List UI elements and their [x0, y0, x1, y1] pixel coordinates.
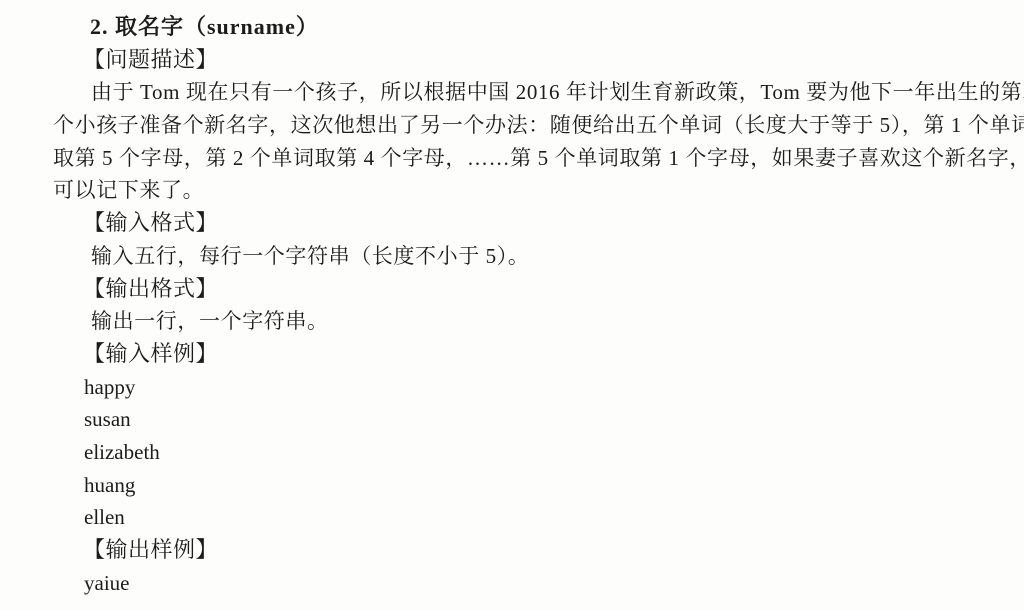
problem-title: 2. 取名字（surname） — [53, 11, 1024, 44]
input-format-line: 输入五行，每行一个字符串（长度不小于 5）。 — [53, 240, 1024, 273]
sample-input-line-5: ellen — [53, 501, 1024, 534]
document-page: 2. 取名字（surname） 【问题描述】 由于 Tom 现在只有一个孩子，所… — [0, 0, 1024, 610]
problem-paragraph-line-3: 取第 5 个字母，第 2 个单词取第 4 个字母，……第 5 个单词取第 1 个… — [53, 142, 1024, 175]
heading-input-format: 【输入格式】 — [53, 207, 1024, 240]
heading-sample-output: 【输出样例】 — [53, 534, 1024, 567]
problem-paragraph-line-4: 可以记下来了。 — [53, 174, 1024, 207]
sample-input-line-2: susan — [53, 403, 1024, 436]
sample-input-line-1: happy — [53, 371, 1024, 404]
sample-input-line-3: elizabeth — [53, 436, 1024, 469]
heading-sample-input: 【输入样例】 — [53, 338, 1024, 371]
problem-paragraph-line-2: 个小孩子准备个新名字，这次他想出了另一个办法：随便给出五个单词（长度大于等于 5… — [53, 109, 1024, 142]
sample-output-line-1: yaiue — [53, 567, 1024, 600]
output-format-line: 输出一行，一个字符串。 — [53, 305, 1024, 338]
problem-paragraph-line-1: 由于 Tom 现在只有一个孩子，所以根据中国 2016 年计划生育新政策，Tom… — [53, 76, 1024, 109]
heading-problem-description: 【问题描述】 — [53, 44, 1024, 77]
heading-output-format: 【输出格式】 — [53, 273, 1024, 306]
sample-input-line-4: huang — [53, 469, 1024, 502]
